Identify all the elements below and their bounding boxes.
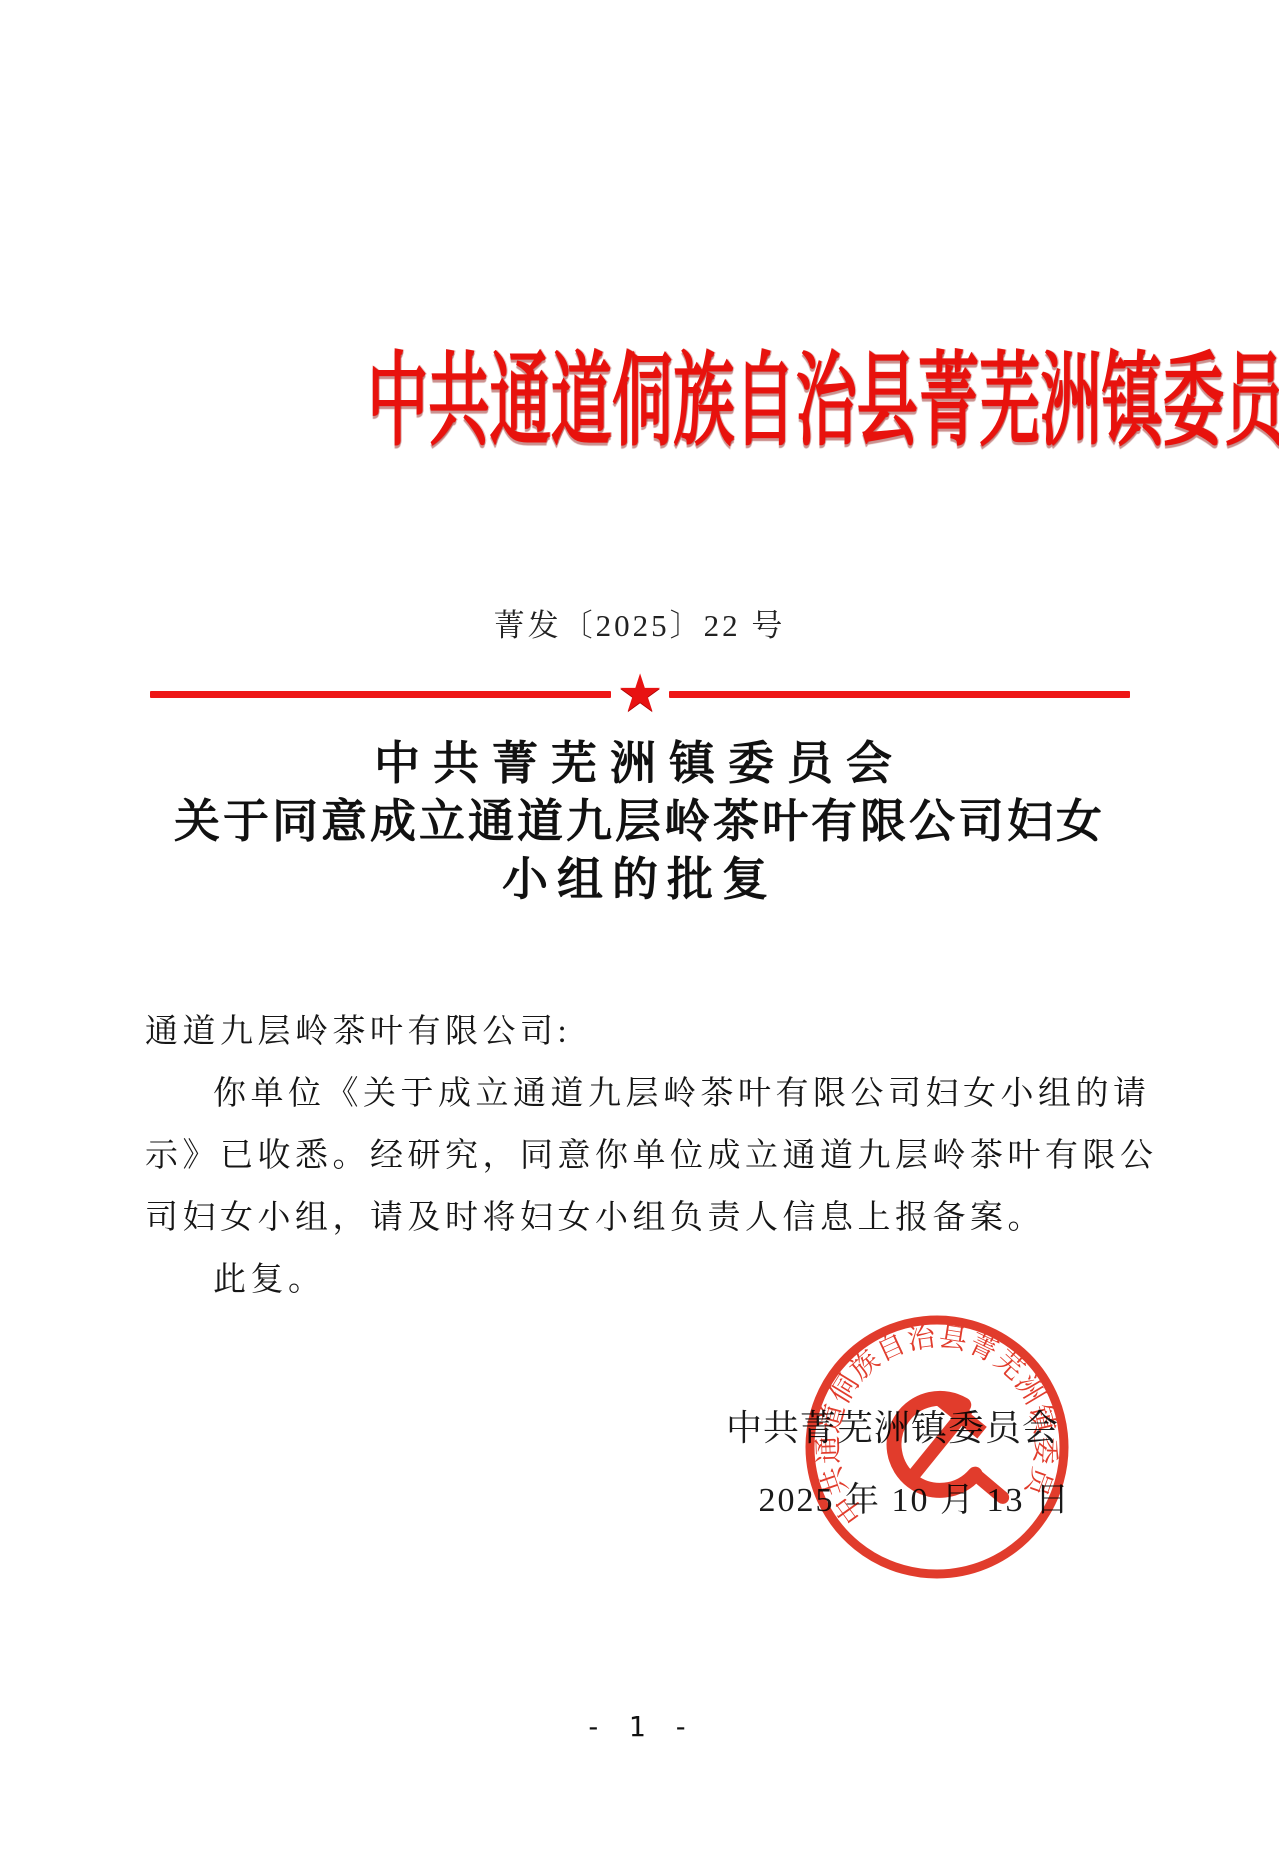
official-seal: 中共通道侗族自治县菁芜洲镇委员会	[782, 1292, 1092, 1602]
document-body: 通道九层岭茶叶有限公司: 你单位《关于成立通道九层岭茶叶有限公司妇女小组的请 示…	[145, 1008, 1135, 1318]
page-number: - 1 -	[0, 1710, 1279, 1743]
letterhead: 中共通道侗族自治县菁芜洲镇委员会文件	[0, 338, 1279, 468]
body-line-1: 你单位《关于成立通道九层岭茶叶有限公司妇女小组的请	[145, 1070, 1135, 1132]
title-line-1: 中共菁芜洲镇委员会	[0, 735, 1279, 793]
red-divider-rule: ★	[150, 672, 1130, 716]
body-line-2: 示》已收悉。经研究，同意你单位成立通道九层岭茶叶有限公	[145, 1132, 1135, 1194]
star-icon: ★	[611, 672, 670, 716]
letterhead-text: 中共通道侗族自治县菁芜洲镇委员会文件	[367, 338, 1279, 468]
hammer-sickle-icon	[882, 1387, 1002, 1509]
salutation: 通道九层岭茶叶有限公司:	[145, 1008, 1135, 1070]
red-rule-left-segment	[150, 691, 611, 698]
body-line-3: 司妇女小组，请及时将妇女小组负责人信息上报备案。	[145, 1194, 1135, 1256]
document-title: 中共菁芜洲镇委员会 关于同意成立通道九层岭茶叶有限公司妇女 小组的批复	[0, 735, 1279, 909]
document-number: 菁发〔2025〕22 号	[0, 600, 1279, 645]
title-line-2: 关于同意成立通道九层岭茶叶有限公司妇女	[0, 793, 1279, 851]
red-rule-right-segment	[669, 691, 1130, 698]
official-document-page: 中共通道侗族自治县菁芜洲镇委员会文件 菁发〔2025〕22 号 ★ 中共菁芜洲镇…	[0, 0, 1279, 1850]
title-line-3: 小组的批复	[0, 851, 1279, 909]
